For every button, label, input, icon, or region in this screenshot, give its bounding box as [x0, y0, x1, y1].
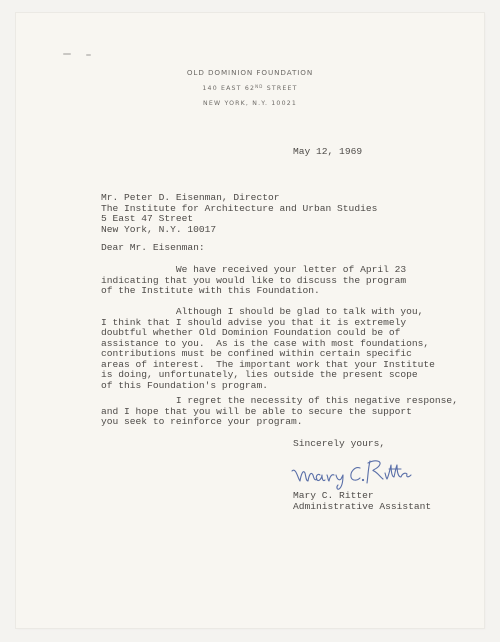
letterhead-organization: OLD DOMINION FOUNDATION	[0, 68, 500, 77]
body-paragraph-1: We have received your letter of April 23…	[101, 265, 406, 297]
hole-punch-mark	[63, 53, 71, 55]
recipient-line: Mr. Peter D. Eisenman, Director	[101, 193, 377, 204]
closing: Sincerely yours,	[293, 439, 385, 450]
signer-block: Mary C. RitterAdministrative Assistant	[293, 491, 431, 512]
recipient-address: Mr. Peter D. Eisenman, DirectorThe Insti…	[101, 193, 377, 235]
recipient-line: 5 East 47 Street	[101, 214, 377, 225]
signer-name: Mary C. Ritter	[293, 491, 431, 502]
body-paragraph-3: I regret the necessity of this negative …	[101, 396, 458, 428]
letter-date: May 12, 1969	[293, 147, 362, 158]
letterhead-street: 140 EAST 62ND STREET	[0, 84, 500, 92]
street-suffix: ND	[255, 84, 263, 89]
hole-punch-mark	[86, 54, 91, 56]
letterhead-city: NEW YORK, N.Y. 10021	[0, 100, 500, 107]
signer-title: Administrative Assistant	[293, 502, 431, 513]
street-name: STREET	[264, 85, 298, 92]
body-paragraph-2: Although I should be glad to talk with y…	[101, 307, 435, 391]
salutation: Dear Mr. Eisenman:	[101, 243, 205, 254]
handwritten-signature	[288, 455, 418, 491]
street-number: 140 EAST 62	[202, 85, 255, 92]
recipient-line: New York, N.Y. 10017	[101, 225, 377, 236]
